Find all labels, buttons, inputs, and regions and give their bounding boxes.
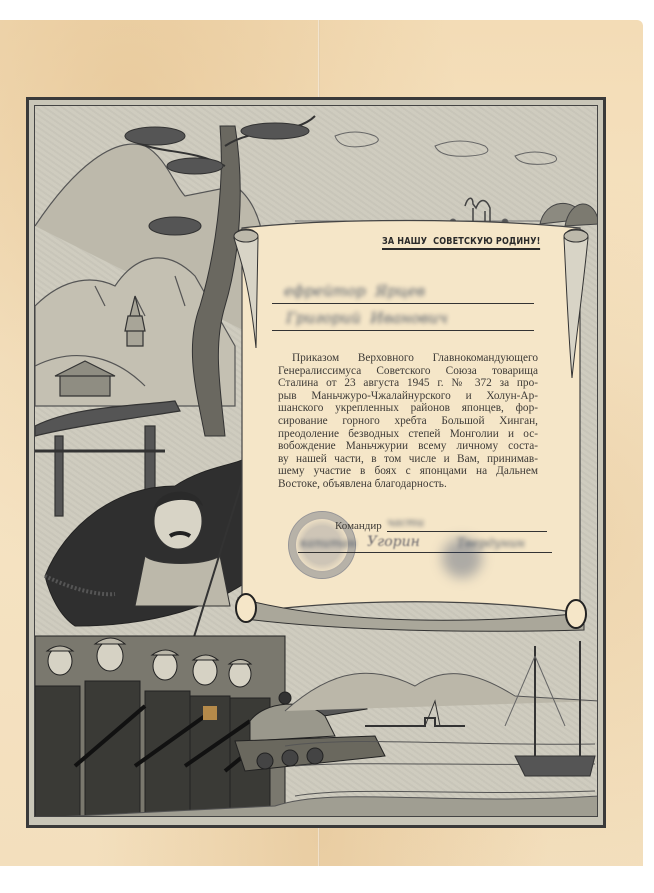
commendation-text: Приказом Верховного Главнокомандующего Г… — [278, 352, 538, 491]
signature-handwritten: Угорин — [367, 534, 420, 550]
soldiers-illustration — [35, 636, 285, 817]
commander-underline — [387, 531, 547, 532]
commander-unit: части — [387, 516, 424, 529]
text-line: рыв Маньчжуро-Чжалайнурского и Холун-Ар- — [278, 390, 538, 403]
ink-smudge — [442, 538, 482, 578]
commander-label: Командир — [335, 520, 382, 532]
text-line: Сталина от 23 августа 1945 г. № 372 за п… — [278, 377, 538, 390]
text-line: преодоление безводных степей Монголии и … — [278, 428, 538, 441]
text-line: вобождение Маньчжурии всему личному сост… — [278, 440, 538, 453]
recipient-underline-1 — [272, 303, 534, 304]
text-line: Востоке, объявлена благодарность. — [278, 478, 538, 491]
text-line: ву нашей части, в том числе и Вам, прини… — [278, 453, 538, 466]
recipient-line-1: ефрейтор Ярцев — [284, 282, 425, 300]
signature-underline — [298, 552, 552, 553]
signature-rank: капитан — [300, 536, 356, 550]
text-line: сирование горного хребта Большой Хинган, — [278, 415, 538, 428]
recipient-line-2: Григорий Иванович — [286, 309, 448, 327]
commendation-scroll: ЗА НАШУ СОВЕТСКУЮ РОДИНУ! ефрейтор Ярцев… — [232, 218, 590, 636]
text-line: шему участие в боях с японцами на Дальне… — [278, 465, 538, 478]
text-line: шанского укрепленных районов японцев, фо… — [278, 402, 538, 415]
text-line: Генералиссимуса Советского Союза товарищ… — [278, 365, 538, 378]
steppe-illustration — [295, 132, 598, 229]
motto-heading: ЗА НАШУ СОВЕТСКУЮ РОДИНУ! — [382, 236, 540, 250]
recipient-underline-2 — [272, 330, 534, 331]
text-line: Приказом Верховного Главнокомандующего — [278, 352, 538, 365]
